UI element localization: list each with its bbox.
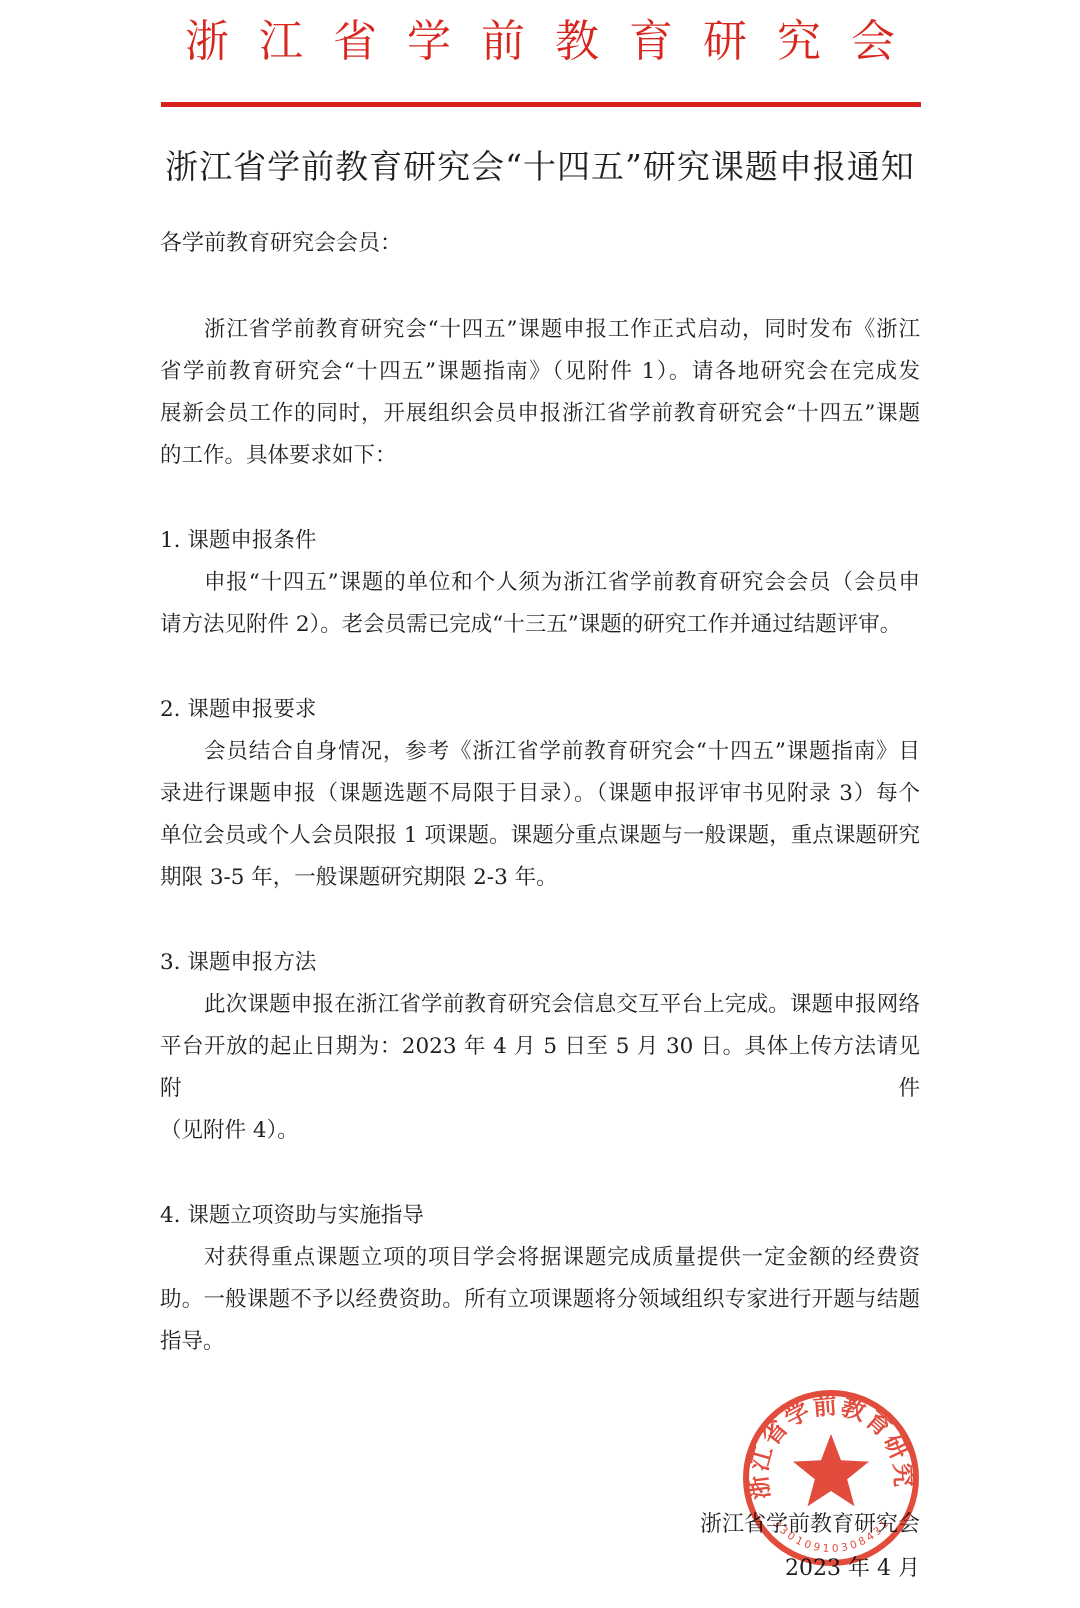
section-funding-guidance: 4. 课题立项资助与实施指导 对获得重点课题立项的项目学会将据课题完成质量提供一… <box>160 1195 920 1363</box>
official-seal: 浙江省学前教育研究会 33010910308431 <box>739 1386 923 1570</box>
paragraph-line: 浙江省学前教育研究会“十四五”课题申报工作正式启动，同时发布《浙江 <box>160 309 920 351</box>
paragraph-line: （见附件 4）。 <box>160 1110 920 1152</box>
section-heading: 3. 课题申报方法 <box>160 942 920 984</box>
paragraph-line: 指导。 <box>160 1321 920 1363</box>
masthead-org-name: 浙江省学前教育研究会 <box>0 0 1080 68</box>
paragraph-line: 展新会员工作的同时，开展组织会员申报浙江省学前教育研究会“十四五”课题 <box>160 393 920 435</box>
paragraph-line: 对获得重点课题立项的项目学会将据课题完成质量提供一定金额的经费资 <box>160 1237 920 1279</box>
section-application-method: 3. 课题申报方法 此次课题申报在浙江省学前教育研究会信息交互平台上完成。课题申… <box>160 942 920 1152</box>
section-application-conditions: 1. 课题申报条件 申报“十四五”课题的单位和个人须为浙江省学前教育研究会会员（… <box>160 520 920 646</box>
section-heading: 1. 课题申报条件 <box>160 520 920 562</box>
paragraph-line: 此次课题申报在浙江省学前教育研究会信息交互平台上完成。课题申报网络 <box>160 984 920 1026</box>
section-heading: 2. 课题申报要求 <box>160 689 920 731</box>
paragraph-line: 请方法见附件 2）。老会员需已完成“十三五”课题的研究工作并通过结题评审。 <box>160 604 920 646</box>
paragraph-line: 助。一般课题不予以经费资助。所有立项课题将分领域组织专家进行开题与结题 <box>160 1279 920 1321</box>
paragraph-line: 的工作。具体要求如下： <box>160 435 920 477</box>
masthead-divider <box>161 102 921 107</box>
paragraph-line: 单位会员或个人会员限报 1 项课题。课题分重点课题与一般课题，重点课题研究 <box>160 815 920 857</box>
paragraph-line: 申报“十四五”课题的单位和个人须为浙江省学前教育研究会会员（会员申 <box>160 562 920 604</box>
section-heading: 4. 课题立项资助与实施指导 <box>160 1195 920 1237</box>
salutation: 各学前教育研究会会员： <box>160 228 920 260</box>
seal-star-icon <box>793 1434 869 1506</box>
notice-title: 浙江省学前教育研究会“十四五”研究课题申报通知 <box>120 144 960 190</box>
paragraph-line: 期限 3-5 年，一般课题研究期限 2-3 年。 <box>160 857 920 899</box>
paragraph-line: 平台开放的起止日期为：2023 年 4 月 5 日至 5 月 30 日。具体上传… <box>160 1026 920 1110</box>
section-application-requirements: 2. 课题申报要求 会员结合自身情况，参考《浙江省学前教育研究会“十四五”课题指… <box>160 689 920 899</box>
paragraph-line: 会员结合自身情况，参考《浙江省学前教育研究会“十四五”课题指南》目 <box>160 731 920 773</box>
intro-paragraph: 浙江省学前教育研究会“十四五”课题申报工作正式启动，同时发布《浙江 省学前教育研… <box>160 309 920 477</box>
paragraph-line: 录进行课题申报（课题选题不局限于目录）。（课题申报评审书见附录 3）每个 <box>160 773 920 815</box>
paragraph-line: 省学前教育研究会“十四五”课题指南》（见附件 1）。请各地研究会在完成发 <box>160 351 920 393</box>
document-page: 浙江省学前教育研究会 浙江省学前教育研究会“十四五”研究课题申报通知 各学前教育… <box>0 0 1080 1608</box>
